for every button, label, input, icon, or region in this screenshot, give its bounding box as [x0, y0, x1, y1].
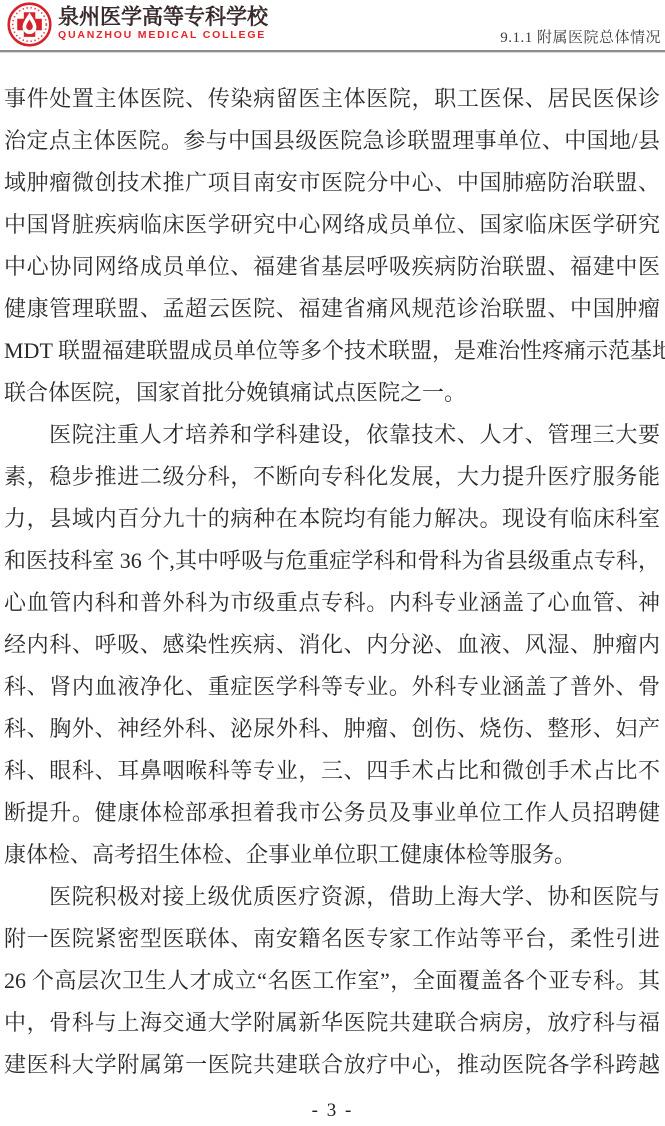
page-header: 泉州医学高等专科学校 QUANZHOU MEDICAL COLLEGE 9.1.…	[0, 0, 665, 50]
text-line: 经内科、呼吸、感染性疾病、消化、内分泌、血液、风湿、肿瘤内	[4, 624, 660, 666]
document-page: 泉州医学高等专科学校 QUANZHOU MEDICAL COLLEGE 9.1.…	[0, 0, 665, 1126]
text-line: 素，稳步推进二级分科，不断向专科化发展，大力提升医疗服务能	[4, 456, 660, 498]
text-line: 和医技科室 36 个,其中呼吸与危重症学科和骨科为省县级重点专科，	[4, 540, 660, 582]
text-line: MDT 联盟福建联盟成员单位等多个技术联盟，是难治性疼痛示范基地	[4, 330, 660, 372]
text-line: 中心协同网络成员单位、福建省基层呼吸疾病防治联盟、福建中医	[4, 246, 660, 288]
text-line: 医院积极对接上级优质医疗资源，借助上海大学、协和医院与	[4, 876, 660, 918]
text-line: 中国肾脏疾病临床医学研究中心网络成员单位、国家临床医学研究	[4, 204, 660, 246]
text-line: 康体检、高考招生体检、企事业单位职工健康体检等服务。	[4, 834, 660, 876]
text-line: 力，县域内百分九十的病种在本院均有能力解决。现设有临床科室	[4, 498, 660, 540]
school-logo: 泉州医学高等专科学校 QUANZHOU MEDICAL COLLEGE	[7, 2, 268, 47]
text-line: 治定点主体医院。参与中国县级医院急诊联盟理事单位、中国地/县	[4, 120, 660, 162]
school-name-en: QUANZHOU MEDICAL COLLEGE	[58, 29, 268, 42]
text-line: 事件处置主体医院、传染病留医主体医院，职工医保、居民医保诊	[4, 78, 660, 120]
text-line: 健康管理联盟、孟超云医院、福建省痛风规范诊治联盟、中国肿瘤	[4, 288, 660, 330]
school-name-cn: 泉州医学高等专科学校	[58, 6, 268, 28]
text-line: 中，骨科与上海交通大学附属新华医院共建联合病房，放疗科与福	[4, 1002, 660, 1044]
header-section-title: 9.1.1 附属医院总体情况	[500, 26, 661, 47]
page-number: - 3 -	[0, 1100, 665, 1122]
text-line: 域肿瘤微创技术推广项目南安市医院分中心、中国肺癌防治联盟、	[4, 162, 660, 204]
text-line: 心血管内科和普外科为市级重点专科。内科专业涵盖了心血管、神	[4, 582, 660, 624]
school-emblem-icon	[7, 2, 52, 47]
text-line: 科、胸外、神经外科、泌尿外科、肿瘤、创伤、烧伤、整形、妇产	[4, 708, 660, 750]
document-body: 事件处置主体医院、传染病留医主体医院，职工医保、居民医保诊 治定点主体医院。参与…	[4, 78, 660, 1086]
text-line: 联合体医院，国家首批分娩镇痛试点医院之一。	[4, 372, 660, 414]
text-line: 附一医院紧密型医联体、南安籍名医专家工作站等平台，柔性引进	[4, 918, 660, 960]
text-line: 26 个高层次卫生人才成立“名医工作室”，全面覆盖各个亚专科。其	[4, 960, 660, 1002]
text-line: 科、肾内血液净化、重症医学科等专业。外科专业涵盖了普外、骨	[4, 666, 660, 708]
text-line: 断提升。健康体检部承担着我市公务员及事业单位工作人员招聘健	[4, 792, 660, 834]
header-divider	[0, 50, 665, 53]
school-name-block: 泉州医学高等专科学校 QUANZHOU MEDICAL COLLEGE	[58, 2, 268, 42]
text-line: 建医科大学附属第一医院共建联合放疗中心，推动医院各学科跨越	[4, 1044, 660, 1086]
text-line: 科、眼科、耳鼻咽喉科等专业，三、四手术占比和微创手术占比不	[4, 750, 660, 792]
text-line: 医院注重人才培养和学科建设，依靠技术、人才、管理三大要	[4, 414, 660, 456]
